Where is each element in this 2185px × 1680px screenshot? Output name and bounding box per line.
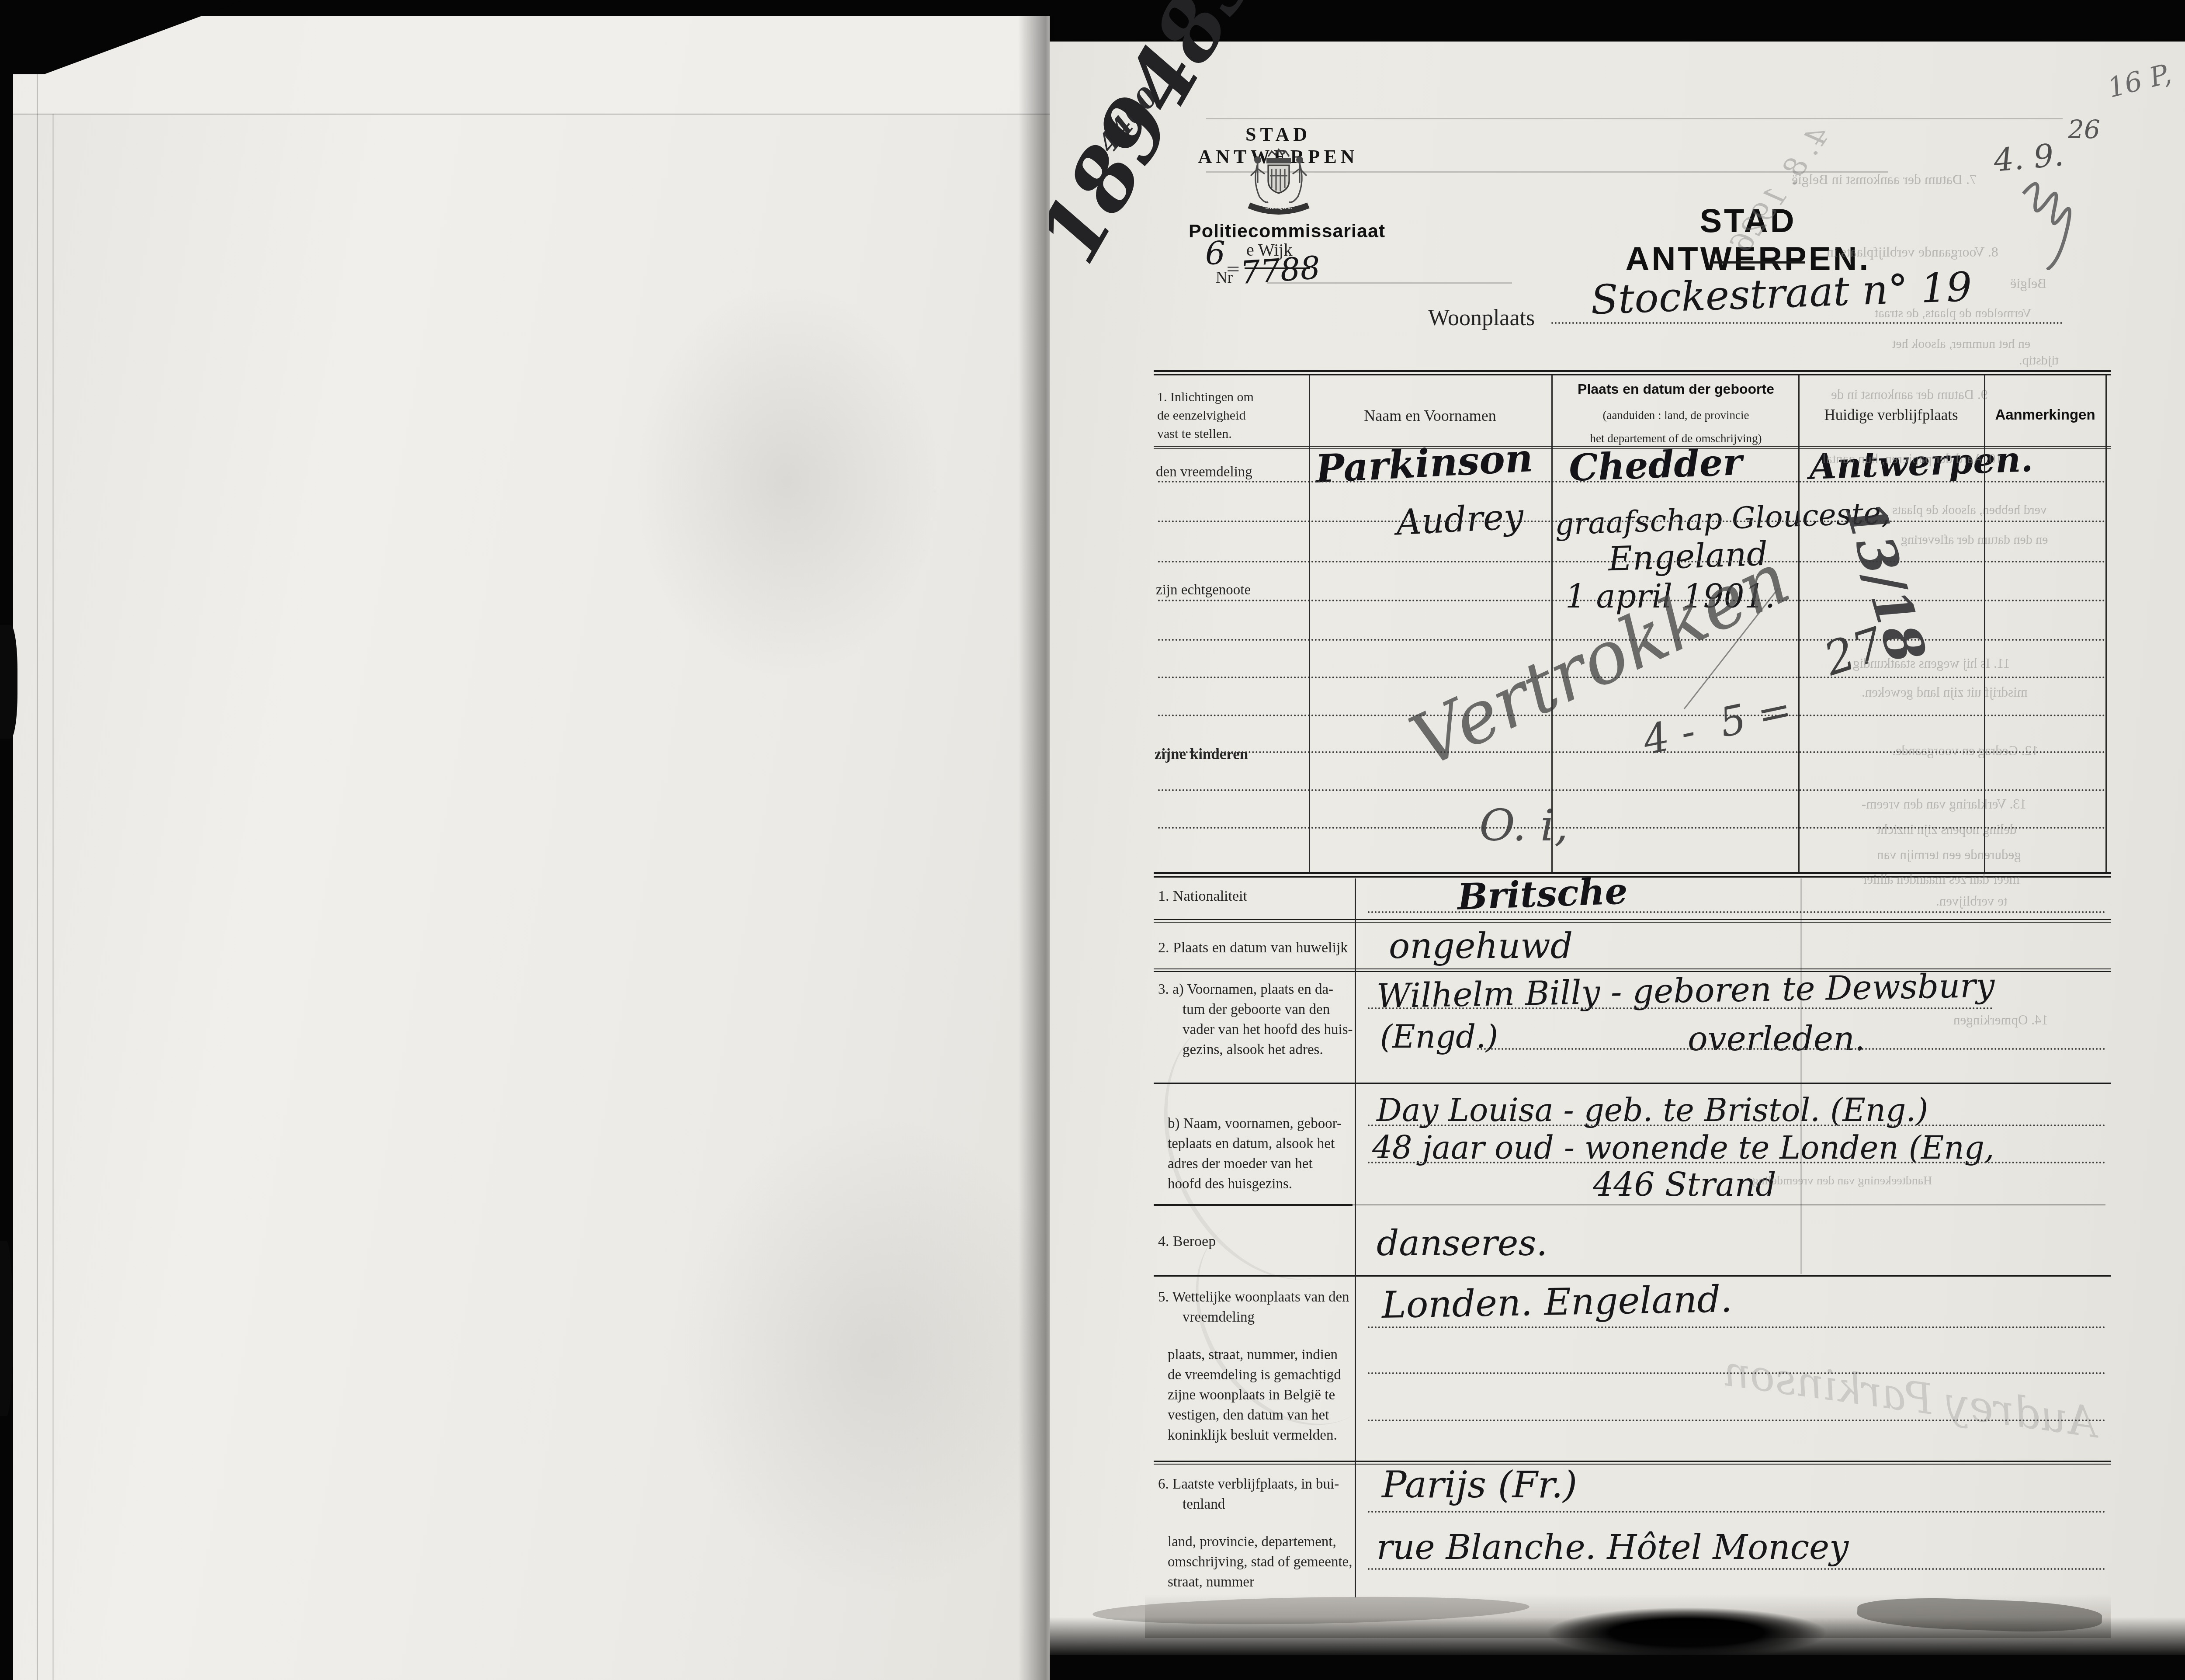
left-page-fold-line [37,17,38,1680]
item-dotted-line [1368,1007,1993,1009]
row-label-children: zijne kinderen [1155,746,1248,763]
crest-motto: S.P.Q.A. [1265,202,1292,211]
item6-label-5: straat, nummer [1168,1574,1254,1590]
entry-firstname: Audrey [1395,496,1525,543]
bleed-line-11b: misdrijf uit zijn land geweken. [1862,684,2028,700]
item6-label-1: 6. Laatste verblijfplaats, in bui- [1158,1476,1339,1493]
column-separator [2105,375,2107,872]
item3b-value-3: 446 Strand [1593,1166,1776,1204]
item-dotted-line [1477,1048,2105,1050]
bleed-line-8a: 8. Voorgaande verblijfplaats in [1827,244,1998,260]
table-dotted-line [1158,751,2105,753]
item-divider-right [1353,1204,2105,1205]
item1-label: 1. Nationaliteit [1158,888,1247,905]
table-top-rule-2 [1154,374,2111,375]
header-line: vast te stellen. [1157,425,1301,443]
pencil-marks-bottom: O. i, [1479,800,1568,851]
table-header-residence: Huidige verblijfplaats [1798,406,1984,424]
table-dotted-line [1158,677,2105,678]
number-value: 7788 [1239,249,1321,292]
item-dotted-line [1368,1125,2105,1126]
residence-dotted-line [1551,322,2063,324]
bleed-line-7: 7. Datum der aankomst in België [1792,171,1977,187]
bleed-line-10a: 10. Aard der papieren, hun aantal [1822,451,2002,467]
bleed-line-13e: te verblijven. [1936,893,2008,909]
table-dotted-line [1158,481,2105,482]
bleed-line-10c: en den datum der aflevering [1901,532,2048,547]
left-page-edge-line [13,114,1050,115]
bleed-line-13b: deling nopens zijn inzicht [1877,822,2016,837]
bleed-line-13c: gedurende een termijn van [1877,847,2021,863]
bleed-rule [1206,118,2063,119]
bleed-line-signature-label: Handteekening van den vreemdeling [1752,1174,1932,1188]
item-divider [1154,1461,2111,1462]
left-page-fold-line-2 [52,114,54,1680]
bleed-line-8d: en het nummer, alsook het [1892,337,2030,351]
item3a-label-1: 3. a) Voornamen, plaats en da- [1158,982,1333,998]
table-header-name: Naam en Voornamen [1309,406,1551,425]
pencil-signature-scribble [2010,170,2089,270]
header-line: Plaats en datum der geboorte [1554,381,1798,397]
item-dotted-line [1368,1420,2105,1421]
bleed-line-8e: tijdstip. [2019,353,2059,368]
item4-value: danseres. [1377,1223,1547,1263]
item-dotted-line [1368,1162,2105,1163]
bleed-line-13a: 13. Verklaring van den vreem- [1862,796,2026,812]
bleed-line-12: 12. Gedrag en voorgaande. [1892,743,2038,759]
item-divider [1154,1464,2111,1465]
table-dotted-line [1158,561,2105,562]
table-dotted-line [1158,827,2105,829]
row-label-spouse: zijn echtgenoote [1156,582,1251,598]
item6-label-4: omschrijving, stad of gemeente, [1168,1554,1352,1570]
column-separator [1309,375,1310,872]
antwerp-coat-of-arms-icon: S.P.Q.A. [1223,148,1335,219]
bleed-line-10b: verd hebben, alsook de plaats [1892,503,2047,517]
table-top-rule [1154,370,2111,372]
row-label-alien: den vreemdeling [1156,464,1252,480]
item5-value: Londen. Engeland. [1381,1277,1732,1326]
title-rule [1712,261,1805,264]
bleed-line-13d: meer dan zes maanden alhier [1862,871,2020,887]
item5-label-7: koninklijk besluit vermelden. [1168,1427,1337,1444]
item-dotted-line [1368,1568,2105,1570]
item-dotted-line [1368,1326,2105,1328]
item-dotted-line [1368,1511,2105,1513]
column-separator [1551,375,1553,872]
item-divider [1154,919,2111,920]
scan-edge-blob [0,1241,13,1416]
bleed-line-8b: België [2010,275,2047,292]
bleed-line-8c: Vermelden de plaats, de straat [1875,306,2032,321]
corner-pencil-year: 26 [2068,115,2100,144]
ward-number-value: 6 [1205,235,1225,272]
item-divider [1154,922,2111,923]
header-line: de eenzelvigheid [1157,406,1301,425]
table-dotted-line [1158,715,2105,716]
item3b-value-2: 48 jaar oud - wonende te Londen (Eng, [1372,1129,1994,1166]
table-header-remarks: Aanmerkingen [1984,406,2106,423]
column-separator [1800,878,1802,1274]
scan-edge-blob [0,625,17,739]
item-dotted-line [1368,1372,2105,1374]
table-dotted-line [1158,600,2105,601]
item6-value-2: rue Blanche. Hôtel Moncey [1377,1528,1849,1567]
table-dotted-line [1158,789,2105,791]
table-dotted-line [1158,521,2105,522]
number-label: Nr [1216,268,1233,287]
document-scan: 4460 189483 STAD ANTWERPEN S.P.Q.A. Poli… [0,0,2185,1680]
residence-label: Woonplaats [1428,305,1535,331]
bleed-line-14: 14. Opmerkingen [1953,1012,2048,1028]
header-line: 1. Inlichtingen om [1157,388,1301,406]
table-header-birth: Plaats en datum der geboorte (aanduiden … [1554,381,1798,445]
column-separator [1984,375,1985,872]
table-dotted-line [1158,639,2105,641]
paper-smudge [634,284,940,677]
paper-smudge [677,1114,1071,1595]
column-separator [1798,375,1800,872]
header-line: (aanduiden : land, de provincie [1554,409,1798,422]
bleed-line-9: 9. Datum der aankomst in de [1831,387,1987,403]
table-header-identity: 1. Inlichtingen om de eenzelvigheid vast… [1157,388,1301,443]
item3b-value-1: Day Louisa - geb. te Bristol. (Eng.) [1377,1092,1928,1128]
item6-label-2: tenland [1183,1496,1225,1513]
bleed-line-11a: 11. Is hij wegens staatkundig [1853,656,2010,671]
item3a-value-3: overleden. [1688,1019,1865,1058]
item2-value: ongehuwd [1389,926,1573,966]
left-page-top-edge [13,16,1050,115]
item6-label-3: land, provincie, departement, [1168,1534,1336,1550]
item-dotted-line [1368,911,2105,913]
column-separator [1355,878,1356,1597]
item2-label: 2. Plaats en datum van huwelijk [1158,940,1348,956]
item6-value-1: Parijs (Fr.) [1382,1463,1577,1506]
